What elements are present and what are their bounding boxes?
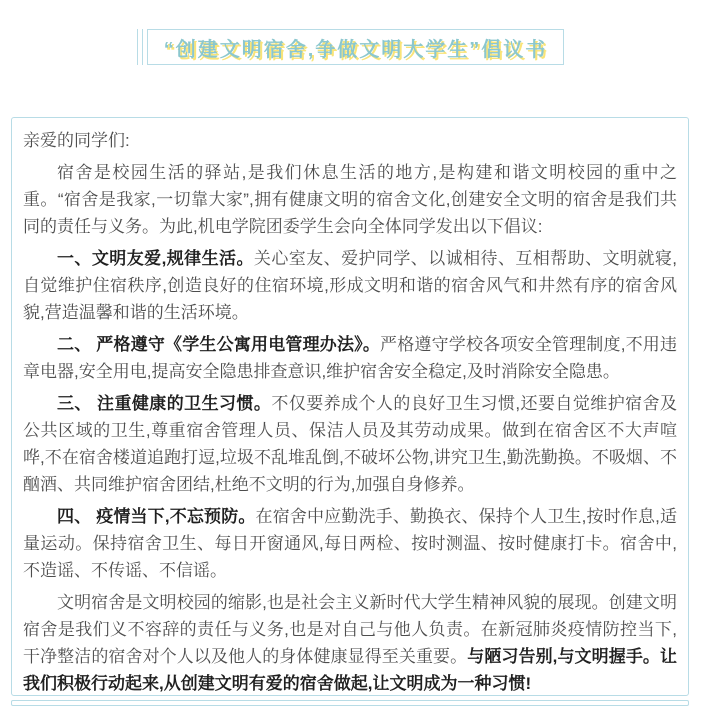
section-3-paragraph: 三、 注重健康的卫生习惯。不仅要养成个人的良好卫生习惯,还要自觉维护宿舍及公共区…: [23, 390, 677, 498]
title-left-accent-lines: [137, 29, 143, 65]
section-2-paragraph: 二、 严格遵守《学生公寓用电管理办法》。严格遵守学校各项安全管理制度,不用违章电…: [23, 331, 677, 385]
letter-body: 亲爱的同学们: 宿舍是校园生活的驿站,是我们休息生活的地方,是构建和谐文明校园的…: [11, 117, 689, 696]
title-box: “创建文明宿舍,争做文明大学生”倡议书: [147, 29, 565, 65]
section-4-paragraph: 四、 疫情当下,不忘预防。在宿舍中应勤洗手、勤换衣、保持个人卫生,按时作息,适量…: [23, 503, 677, 584]
page-title: “创建文明宿舍,争做文明大学生”倡议书: [164, 33, 548, 62]
section-1-heading: 一、文明友爱,规律生活。: [57, 249, 254, 268]
section-1-paragraph: 一、文明友爱,规律生活。关心室友、爱护同学、以诚相待、互相帮助、文明就寝,自觉维…: [23, 245, 677, 326]
intro-paragraph: 宿舍是校园生活的驿站,是我们休息生活的地方,是构建和谐文明校园的重中之重。“宿舍…: [23, 159, 677, 240]
section-4-heading: 四、 疫情当下,不忘预防。: [57, 507, 256, 526]
greeting-line: 亲爱的同学们:: [23, 127, 677, 154]
section-3-heading: 三、 注重健康的卫生习惯。: [57, 394, 271, 413]
proposal-letter-page: “创建文明宿舍,争做文明大学生”倡议书 亲爱的同学们: 宿舍是校园生活的驿站,是…: [0, 0, 701, 720]
footer-divider-strip: [11, 700, 689, 706]
closing-paragraph: 文明宿舍是文明校园的缩影,也是社会主义新时代大学生精神风貌的展现。创建文明宿舍是…: [23, 589, 677, 696]
section-2-heading: 二、 严格遵守《学生公寓用电管理办法》。: [57, 335, 380, 354]
title-banner: “创建文明宿舍,争做文明大学生”倡议书: [0, 29, 701, 65]
